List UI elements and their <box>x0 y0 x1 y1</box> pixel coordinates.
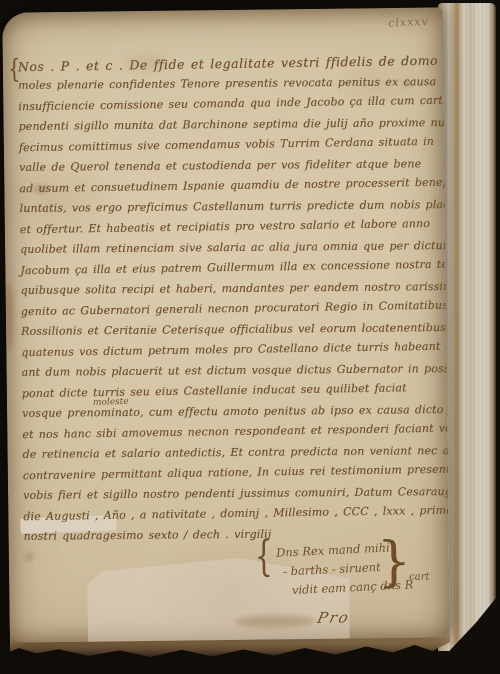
stain <box>25 552 34 561</box>
manuscript-photo: clxxxv { Nos . P . et c . De ffide et le… <box>0 0 500 674</box>
brace-left-glyph: { <box>255 531 273 581</box>
manuscript-text: Nos . P . et c . De ffide et legalitate … <box>18 53 448 550</box>
scribal-flourish: Pro <box>315 608 352 626</box>
interlinear-note: moleste <box>93 397 129 408</box>
chancery-note: { Dns Rex mand mihi - barths - siruent v… <box>255 535 438 637</box>
stain <box>3 281 14 351</box>
folio-number: clxxxv <box>388 15 429 30</box>
brace-right-glyph: } <box>377 530 412 593</box>
brace-side-note: cart <box>409 572 430 583</box>
manuscript-page: clxxxv { Nos . P . et c . De ffide et le… <box>2 7 450 642</box>
